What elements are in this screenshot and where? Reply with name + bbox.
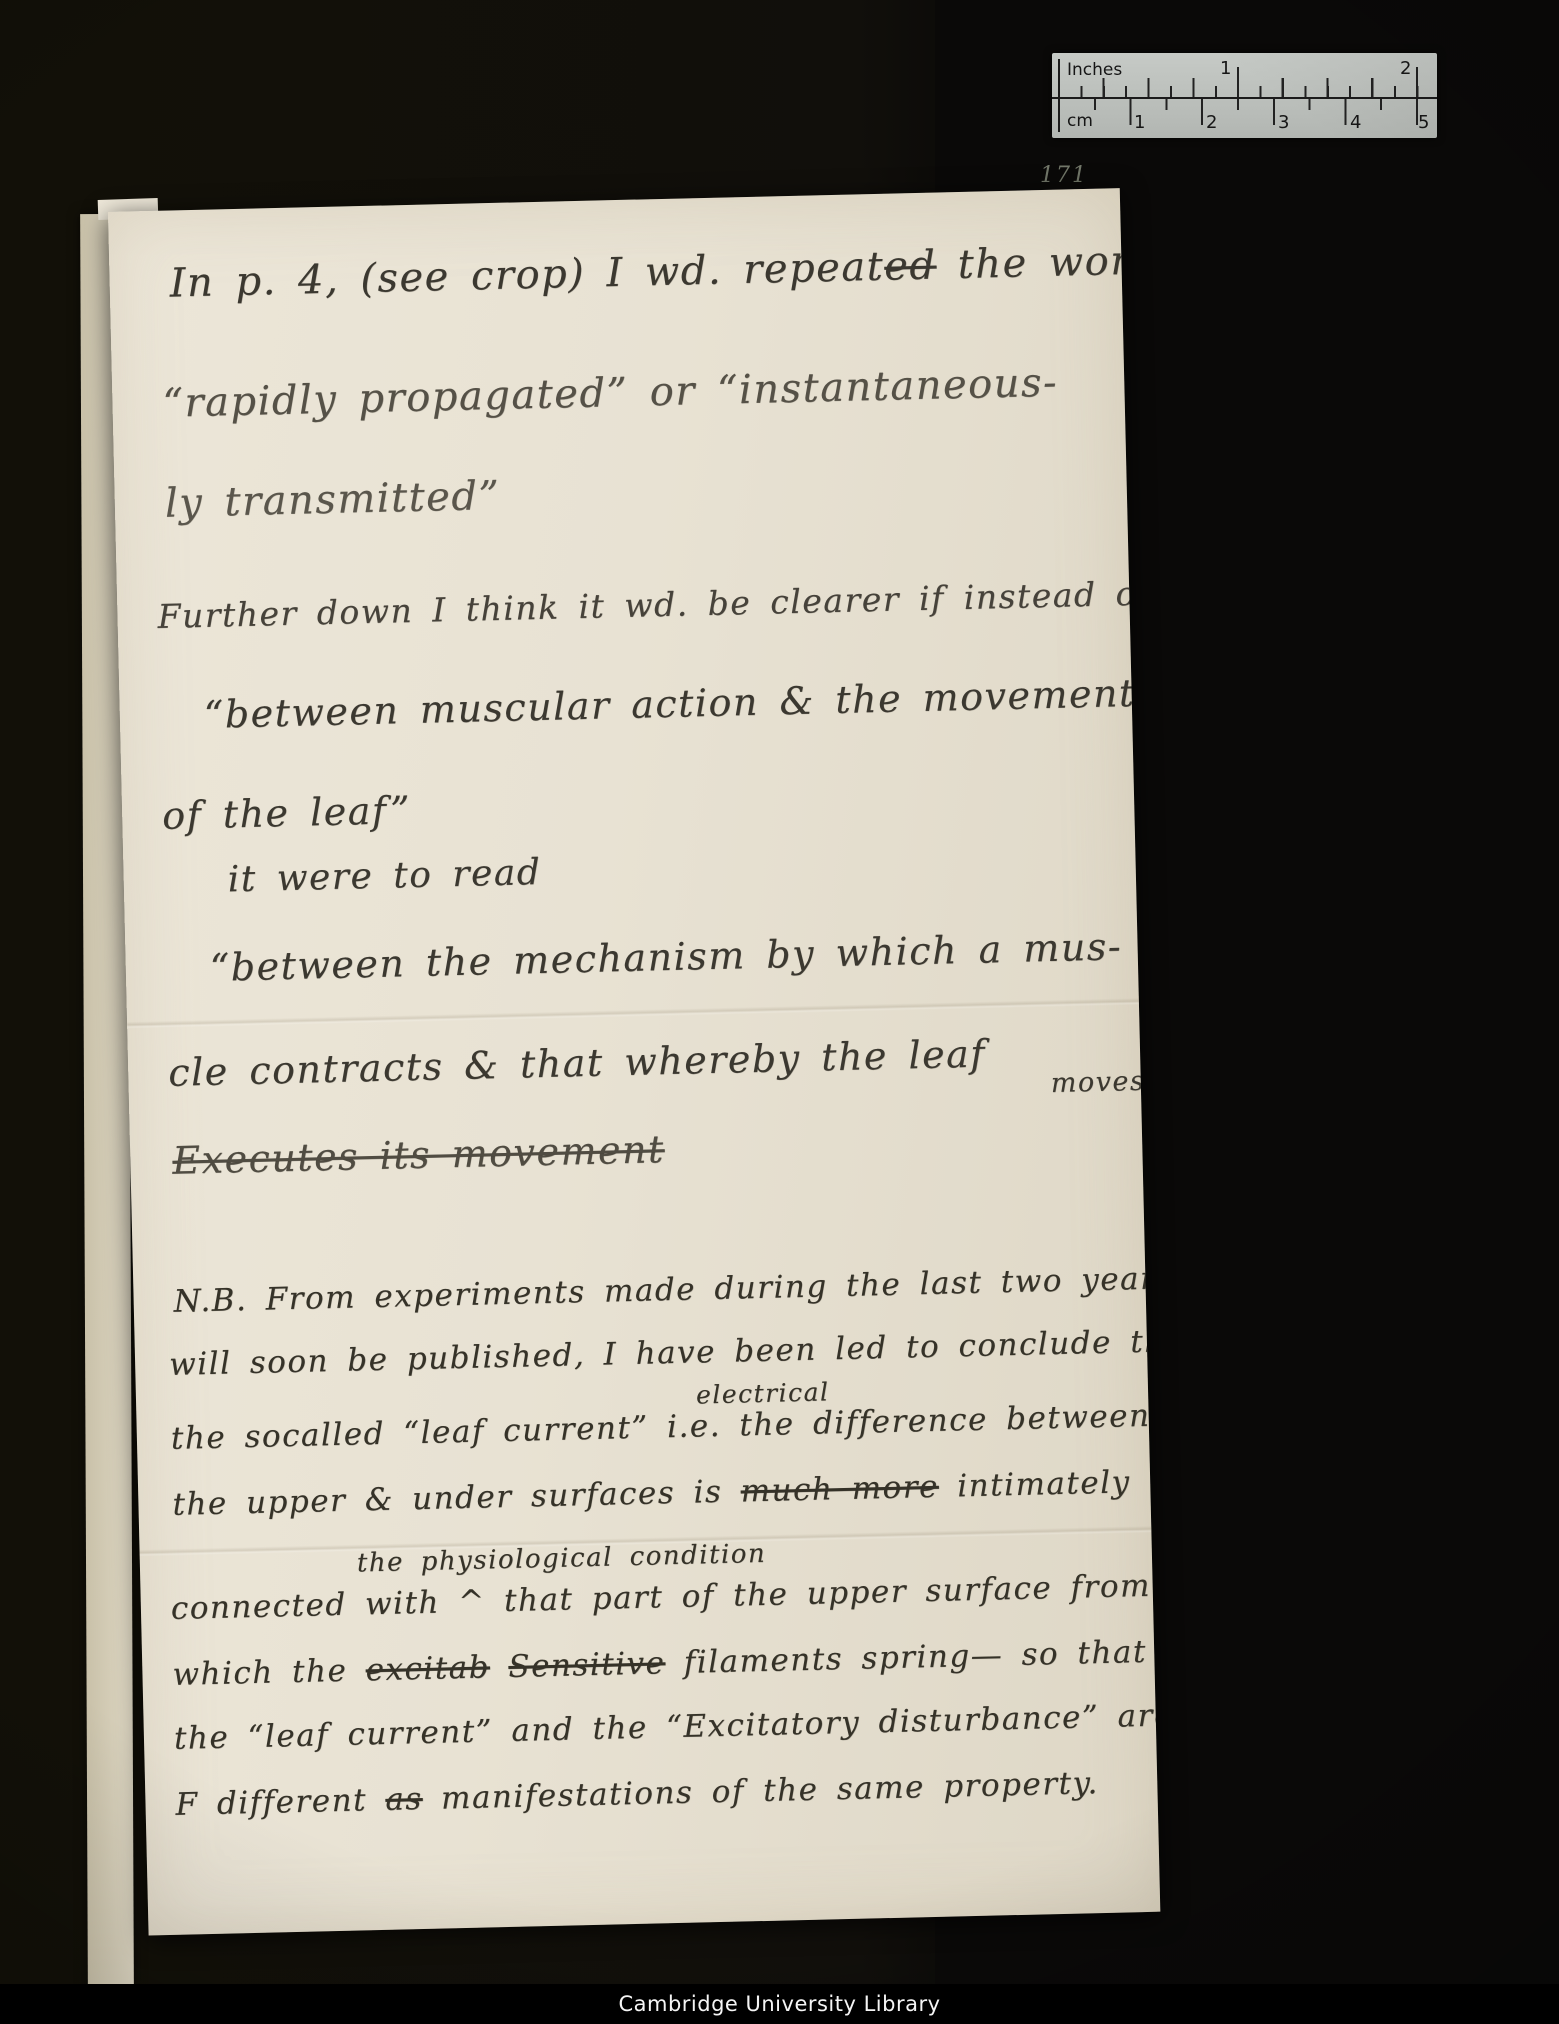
handwritten-line: N.B. From experiments made during the la… (173, 1258, 1160, 1320)
scale-ruler: Inches cm 12 12345 (1052, 53, 1437, 138)
handwritten-line: it were to read (227, 852, 541, 900)
handwritten-line: “between the mechanism by which a mus- (209, 924, 1122, 989)
struck-text: Executes its movement (172, 1127, 665, 1183)
handwritten-line: the “leaf current” and the “Excitatory d… (174, 1697, 1161, 1757)
handwritten-text: the socalled “leaf current” i.e. the dif… (170, 1398, 1150, 1457)
handwritten-text: filaments spring— so that (665, 1634, 1147, 1681)
struck-text: much more (740, 1469, 939, 1510)
ruler-number: 2 (1206, 112, 1217, 133)
handwritten-line: will soon be published, I have been led … (169, 1323, 1161, 1383)
handwritten-line: connected with ^ that part of the upper … (171, 1568, 1152, 1627)
footer-caption: Cambridge University Library (618, 1992, 940, 2016)
manuscript-text: In p. 4, (see crop) I wd. repeated the w… (108, 188, 1160, 1935)
handwritten-text: intimately (938, 1464, 1131, 1505)
handwritten-line: F different as manifestations of the sam… (175, 1765, 1099, 1823)
handwritten-line: Executes its movement (172, 1127, 665, 1183)
handwritten-text: will soon be published, I have been led … (169, 1323, 1161, 1383)
handwritten-line: “rapidly propagated” or “instantaneous- (162, 360, 1058, 427)
handwritten-line: the physiological condition (357, 1539, 767, 1579)
handwritten-text (490, 1649, 509, 1685)
handwritten-text: cle contracts & that whereby the leaf (168, 1032, 987, 1095)
handwritten-line: In p. 4, (see crop) I wd. repeated the w… (169, 237, 1160, 307)
ruler-number: 3 (1278, 112, 1289, 133)
manuscript-page: In p. 4, (see crop) I wd. repeated the w… (108, 188, 1160, 1935)
handwritten-text: “between muscular action & the movement (203, 671, 1136, 737)
struck-text: as (385, 1781, 423, 1818)
handwritten-text: the “leaf current” and the “Excitatory d… (174, 1697, 1161, 1757)
handwritten-line: ly transmitted” (164, 473, 501, 527)
folio-number: 171 (1040, 163, 1088, 188)
handwritten-text: Further down I think it wd. be clearer i… (157, 574, 1151, 636)
handwritten-text: “rapidly propagated” or “instantaneous- (162, 360, 1058, 427)
handwritten-text: it were to read (227, 852, 541, 900)
footer-bar: Cambridge University Library (0, 1984, 1559, 2024)
struck-text: ed (884, 243, 937, 290)
handwritten-line: electrical (696, 1377, 830, 1409)
handwritten-line: which the excitab Sensitive filaments sp… (172, 1634, 1147, 1693)
ruler-number: 4 (1350, 112, 1361, 133)
ruler-cm-numbers: 12345 (1052, 53, 1437, 138)
handwritten-line: the upper & under surfaces is much more … (172, 1464, 1131, 1523)
ruler-number: 1 (1134, 112, 1145, 133)
handwritten-line: “between muscular action & the movement (203, 671, 1136, 737)
handwritten-text: moves (1050, 1066, 1145, 1099)
struck-text: Sensitive (508, 1645, 666, 1685)
handwritten-line: the socalled “leaf current” i.e. the dif… (170, 1398, 1150, 1457)
handwritten-text: manifestations of the same property. (422, 1765, 1099, 1817)
handwritten-line: of the leaf” (162, 788, 412, 838)
ruler-number: 5 (1418, 112, 1429, 133)
handwritten-text: F different (175, 1782, 386, 1823)
handwritten-text: which the (172, 1652, 366, 1693)
handwritten-text: connected with ^ that part of the upper … (171, 1568, 1152, 1627)
handwritten-line: cle contracts & that whereby the leaf (168, 1032, 987, 1095)
handwritten-text: “between the mechanism by which a mus- (209, 924, 1122, 989)
handwritten-text: the upper & under surfaces is (172, 1473, 741, 1522)
struck-text: excitab (365, 1649, 490, 1688)
handwritten-text: electrical (696, 1377, 830, 1409)
handwritten-line: moves (1050, 1066, 1145, 1099)
handwritten-text: N.B. From experiments made during the la… (173, 1258, 1160, 1320)
handwritten-text: ly transmitted” (164, 473, 501, 527)
handwritten-text: the physiological condition (357, 1539, 767, 1579)
handwritten-text: of the leaf” (162, 788, 412, 838)
handwritten-text: In p. 4, (see crop) I wd. repeat (169, 244, 885, 307)
handwritten-line: Further down I think it wd. be clearer i… (157, 574, 1151, 636)
